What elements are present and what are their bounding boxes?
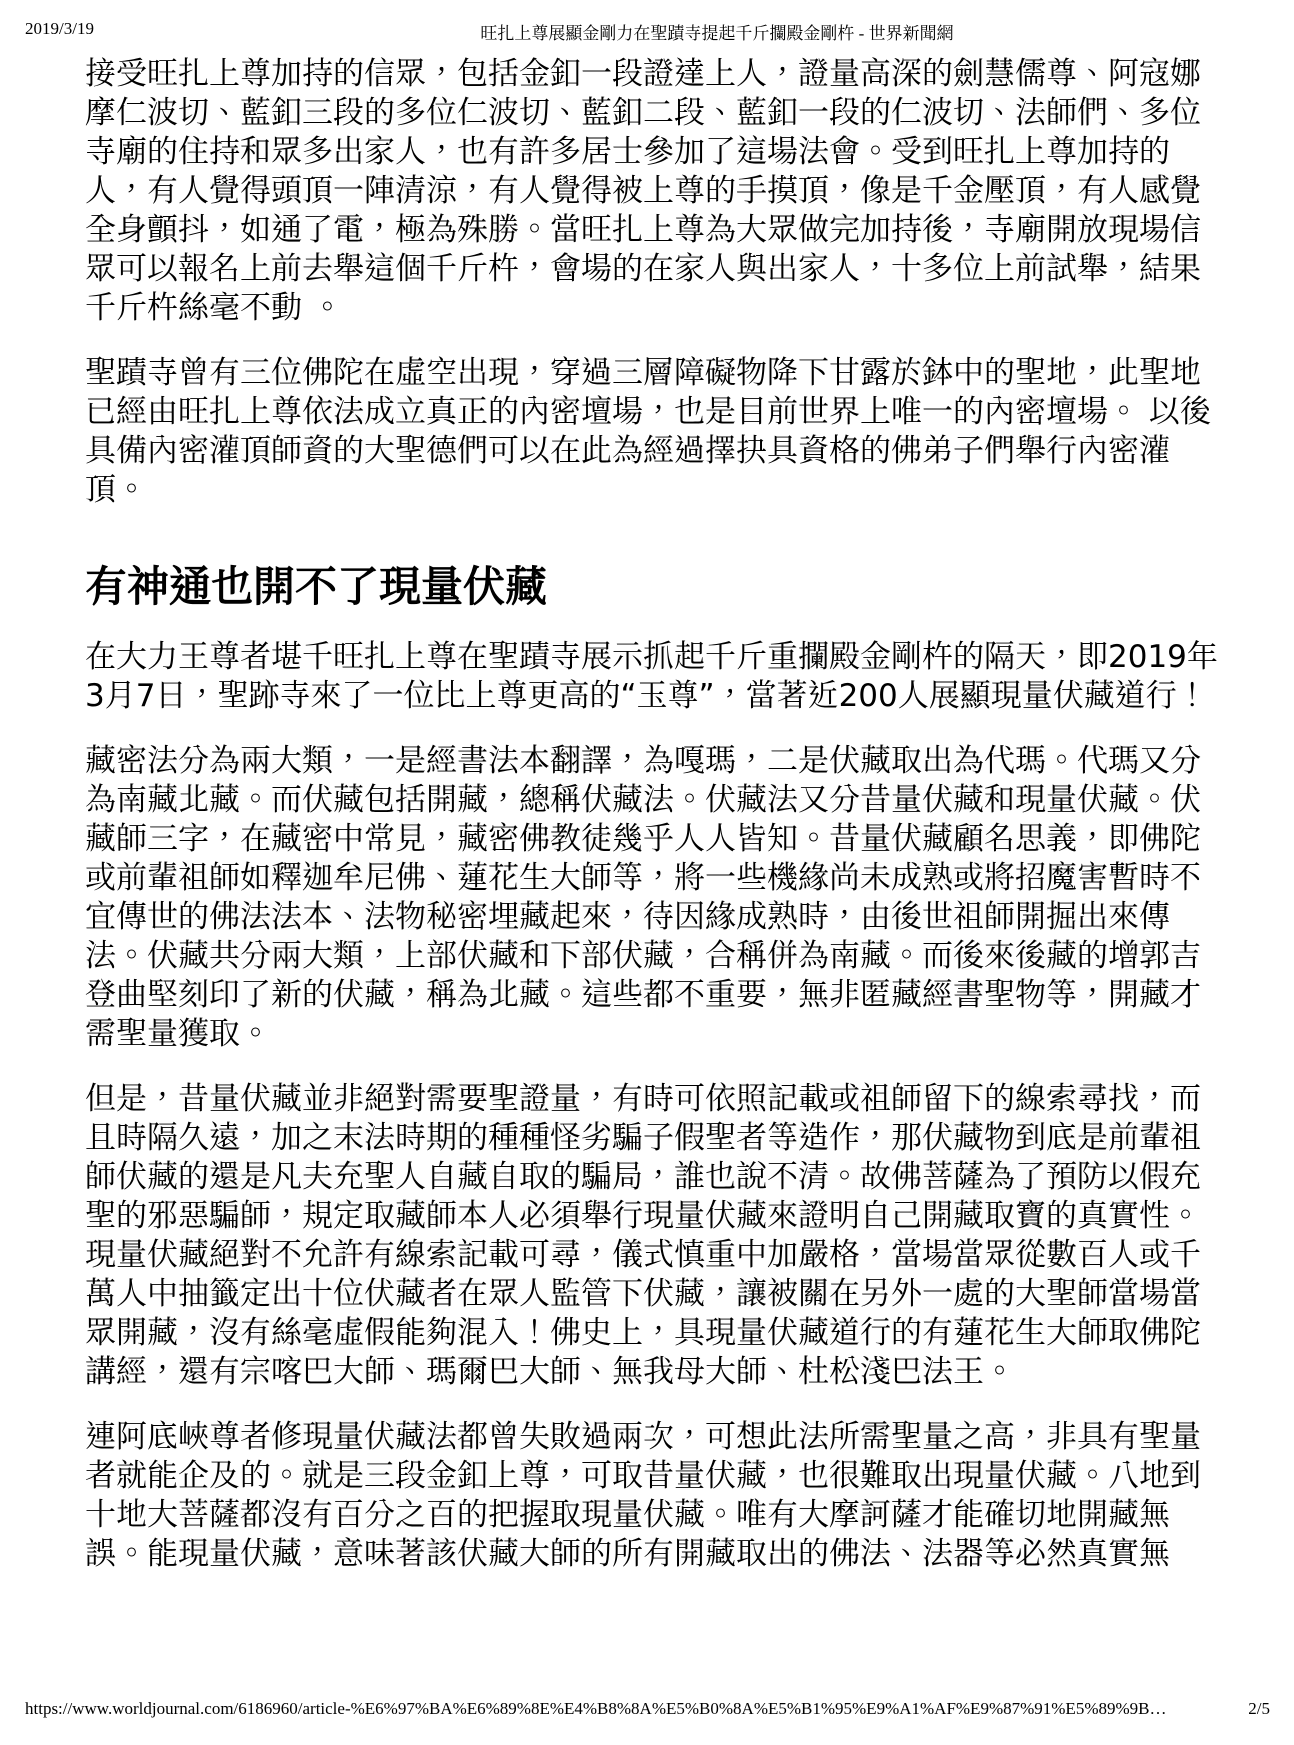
text-line: 或前輩祖師如釋迦牟尼佛、蓮花生大師等，將一些機緣尚未成熟或將招魔害暫時不 (85, 859, 1217, 898)
text-line: 藏師三字，在藏密中常見，藏密佛教徒幾乎人人皆知。昔量伏藏顧名思義，即佛陀 (85, 820, 1217, 859)
print-footer-url: https://www.worldjournal.com/6186960/art… (25, 1699, 1166, 1719)
article-paragraph: 但是，昔量伏藏並非絕對需要聖證量，有時可依照記載或祖師留下的線索尋找，而且時隔久… (85, 1080, 1217, 1392)
text-line: 接受旺扎上尊加持的信眾，包括金釦一段證達上人，證量高深的劍慧儒尊、阿寇娜 (85, 55, 1217, 94)
text-line: 為南藏北藏。而伏藏包括開藏，總稱伏藏法。伏藏法又分昔量伏藏和現量伏藏。伏 (85, 781, 1217, 820)
text-line: 3月7日，聖跡寺來了一位比上尊更高的“玉尊”，當著近200人展顯現量伏藏道行！ (85, 677, 1217, 716)
text-line: 連阿底峽尊者修現量伏藏法都曾失敗過兩次，可想此法所需聖量之高，非具有聖量 (85, 1418, 1217, 1457)
text-line: 眾可以報名上前去舉這個千斤杵，會場的在家人與出家人，十多位上前試舉，結果 (85, 250, 1217, 289)
text-line: 已經由旺扎上尊依法成立真正的內密壇場，也是目前世界上唯一的內密壇場。 以後 (85, 393, 1217, 432)
text-line: 藏密法分為兩大類，一是經書法本翻譯，為嘎瑪，二是伏藏取出為代瑪。代瑪又分 (85, 742, 1217, 781)
text-line: 頂。 (85, 471, 1217, 510)
article-body: 接受旺扎上尊加持的信眾，包括金釦一段證達上人，證量高深的劍慧儒尊、阿寇娜摩仁波切… (85, 55, 1217, 1600)
print-footer: https://www.worldjournal.com/6186960/art… (25, 1699, 1270, 1719)
text-line: 具備內密灌頂師資的大聖德們可以在此為經過擇抉具資格的佛弟子們舉行內密灌 (85, 432, 1217, 471)
text-line: 者就能企及的。就是三段金釦上尊，可取昔量伏藏，也很難取出現量伏藏。八地到 (85, 1457, 1217, 1496)
text-line: 在大力王尊者堪千旺扎上尊在聖蹟寺展示抓起千斤重攔殿金剛杵的隔天，即2019年 (85, 638, 1217, 677)
text-line: 寺廟的住持和眾多出家人，也有許多居士參加了這場法會。受到旺扎上尊加持的 (85, 133, 1217, 172)
text-line: 且時隔久遠，加之末法時期的種種怪劣騙子假聖者等造作，那伏藏物到底是前輩祖 (85, 1119, 1217, 1158)
text-line: 摩仁波切、藍釦三段的多位仁波切、藍釦二段、藍釦一段的仁波切、法師們、多位 (85, 94, 1217, 133)
text-line: 法。伏藏共分兩大類，上部伏藏和下部伏藏，合稱併為南藏。而後來後藏的增郭吉 (85, 937, 1217, 976)
text-line: 千斤杵絲毫不動 。 (85, 289, 1217, 328)
text-line: 登曲堅刻印了新的伏藏，稱為北藏。這些都不重要，無非匿藏經書聖物等，開藏才 (85, 976, 1217, 1015)
text-line: 誤。能現量伏藏，意味著該伏藏大師的所有開藏取出的佛法、法器等必然真實無 (85, 1535, 1217, 1574)
article-paragraph: 藏密法分為兩大類，一是經書法本翻譯，為嘎瑪，二是伏藏取出為代瑪。代瑪又分為南藏北… (85, 742, 1217, 1054)
text-line: 十地大菩薩都沒有百分之百的把握取現量伏藏。唯有大摩訶薩才能確切地開藏無 (85, 1496, 1217, 1535)
text-line: 現量伏藏絕對不允許有線索記載可尋，儀式慎重中加嚴格，當場當眾從數百人或千 (85, 1236, 1217, 1275)
print-footer-page-number: 2/5 (1248, 1699, 1270, 1719)
article-paragraph: 聖蹟寺曾有三位佛陀在虛空出現，穿過三層障礙物降下甘露於鉢中的聖地，此聖地已經由旺… (85, 354, 1217, 510)
article-paragraph: 接受旺扎上尊加持的信眾，包括金釦一段證達上人，證量高深的劍慧儒尊、阿寇娜摩仁波切… (85, 55, 1217, 328)
text-line: 需聖量獲取。 (85, 1015, 1217, 1054)
section-heading: 有神通也開不了現量伏藏 (85, 562, 1217, 612)
text-line: 但是，昔量伏藏並非絕對需要聖證量，有時可依照記載或祖師留下的線索尋找，而 (85, 1080, 1217, 1119)
text-line: 萬人中抽籤定出十位伏藏者在眾人監管下伏藏，讓被關在另外一處的大聖師當場當 (85, 1275, 1217, 1314)
article-paragraph: 在大力王尊者堪千旺扎上尊在聖蹟寺展示抓起千斤重攔殿金剛杵的隔天，即2019年3月… (85, 638, 1217, 716)
text-line: 聖的邪惡騙師，規定取藏師本人必須舉行現量伏藏來證明自己開藏取寶的真實性。 (85, 1197, 1217, 1236)
text-line: 人，有人覺得頭頂一陣清涼，有人覺得被上尊的手摸頂，像是千金壓頂，有人感覺 (85, 172, 1217, 211)
text-line: 全身顫抖，如通了電，極為殊勝。當旺扎上尊為大眾做完加持後，寺廟開放現場信 (85, 211, 1217, 250)
print-header-date: 2019/3/19 (25, 19, 94, 39)
text-line: 師伏藏的還是凡夫充聖人自藏自取的騙局，誰也說不清。故佛菩薩為了預防以假充 (85, 1158, 1217, 1197)
print-header-title: 旺扎上尊展顯金剛力在聖蹟寺提起千斤攔殿金剛杵 - 世界新聞網 (480, 19, 953, 44)
article-paragraph: 連阿底峽尊者修現量伏藏法都曾失敗過兩次，可想此法所需聖量之高，非具有聖量者就能企… (85, 1418, 1217, 1574)
text-line: 聖蹟寺曾有三位佛陀在虛空出現，穿過三層障礙物降下甘露於鉢中的聖地，此聖地 (85, 354, 1217, 393)
text-line: 宜傳世的佛法法本、法物秘密埋藏起來，待因緣成熟時，由後世祖師開掘出來傳 (85, 898, 1217, 937)
print-header: 2019/3/19 旺扎上尊展顯金剛力在聖蹟寺提起千斤攔殿金剛杵 - 世界新聞網 (25, 19, 1269, 43)
print-page: 2019/3/19 旺扎上尊展顯金剛力在聖蹟寺提起千斤攔殿金剛杵 - 世界新聞網… (0, 0, 1294, 1745)
text-line: 眾開藏，沒有絲毫虛假能夠混入！佛史上，具現量伏藏道行的有蓮花生大師取佛陀 (85, 1314, 1217, 1353)
text-line: 講經，還有宗喀巴大師、瑪爾巴大師、無我母大師、杜松淺巴法王。 (85, 1353, 1217, 1392)
